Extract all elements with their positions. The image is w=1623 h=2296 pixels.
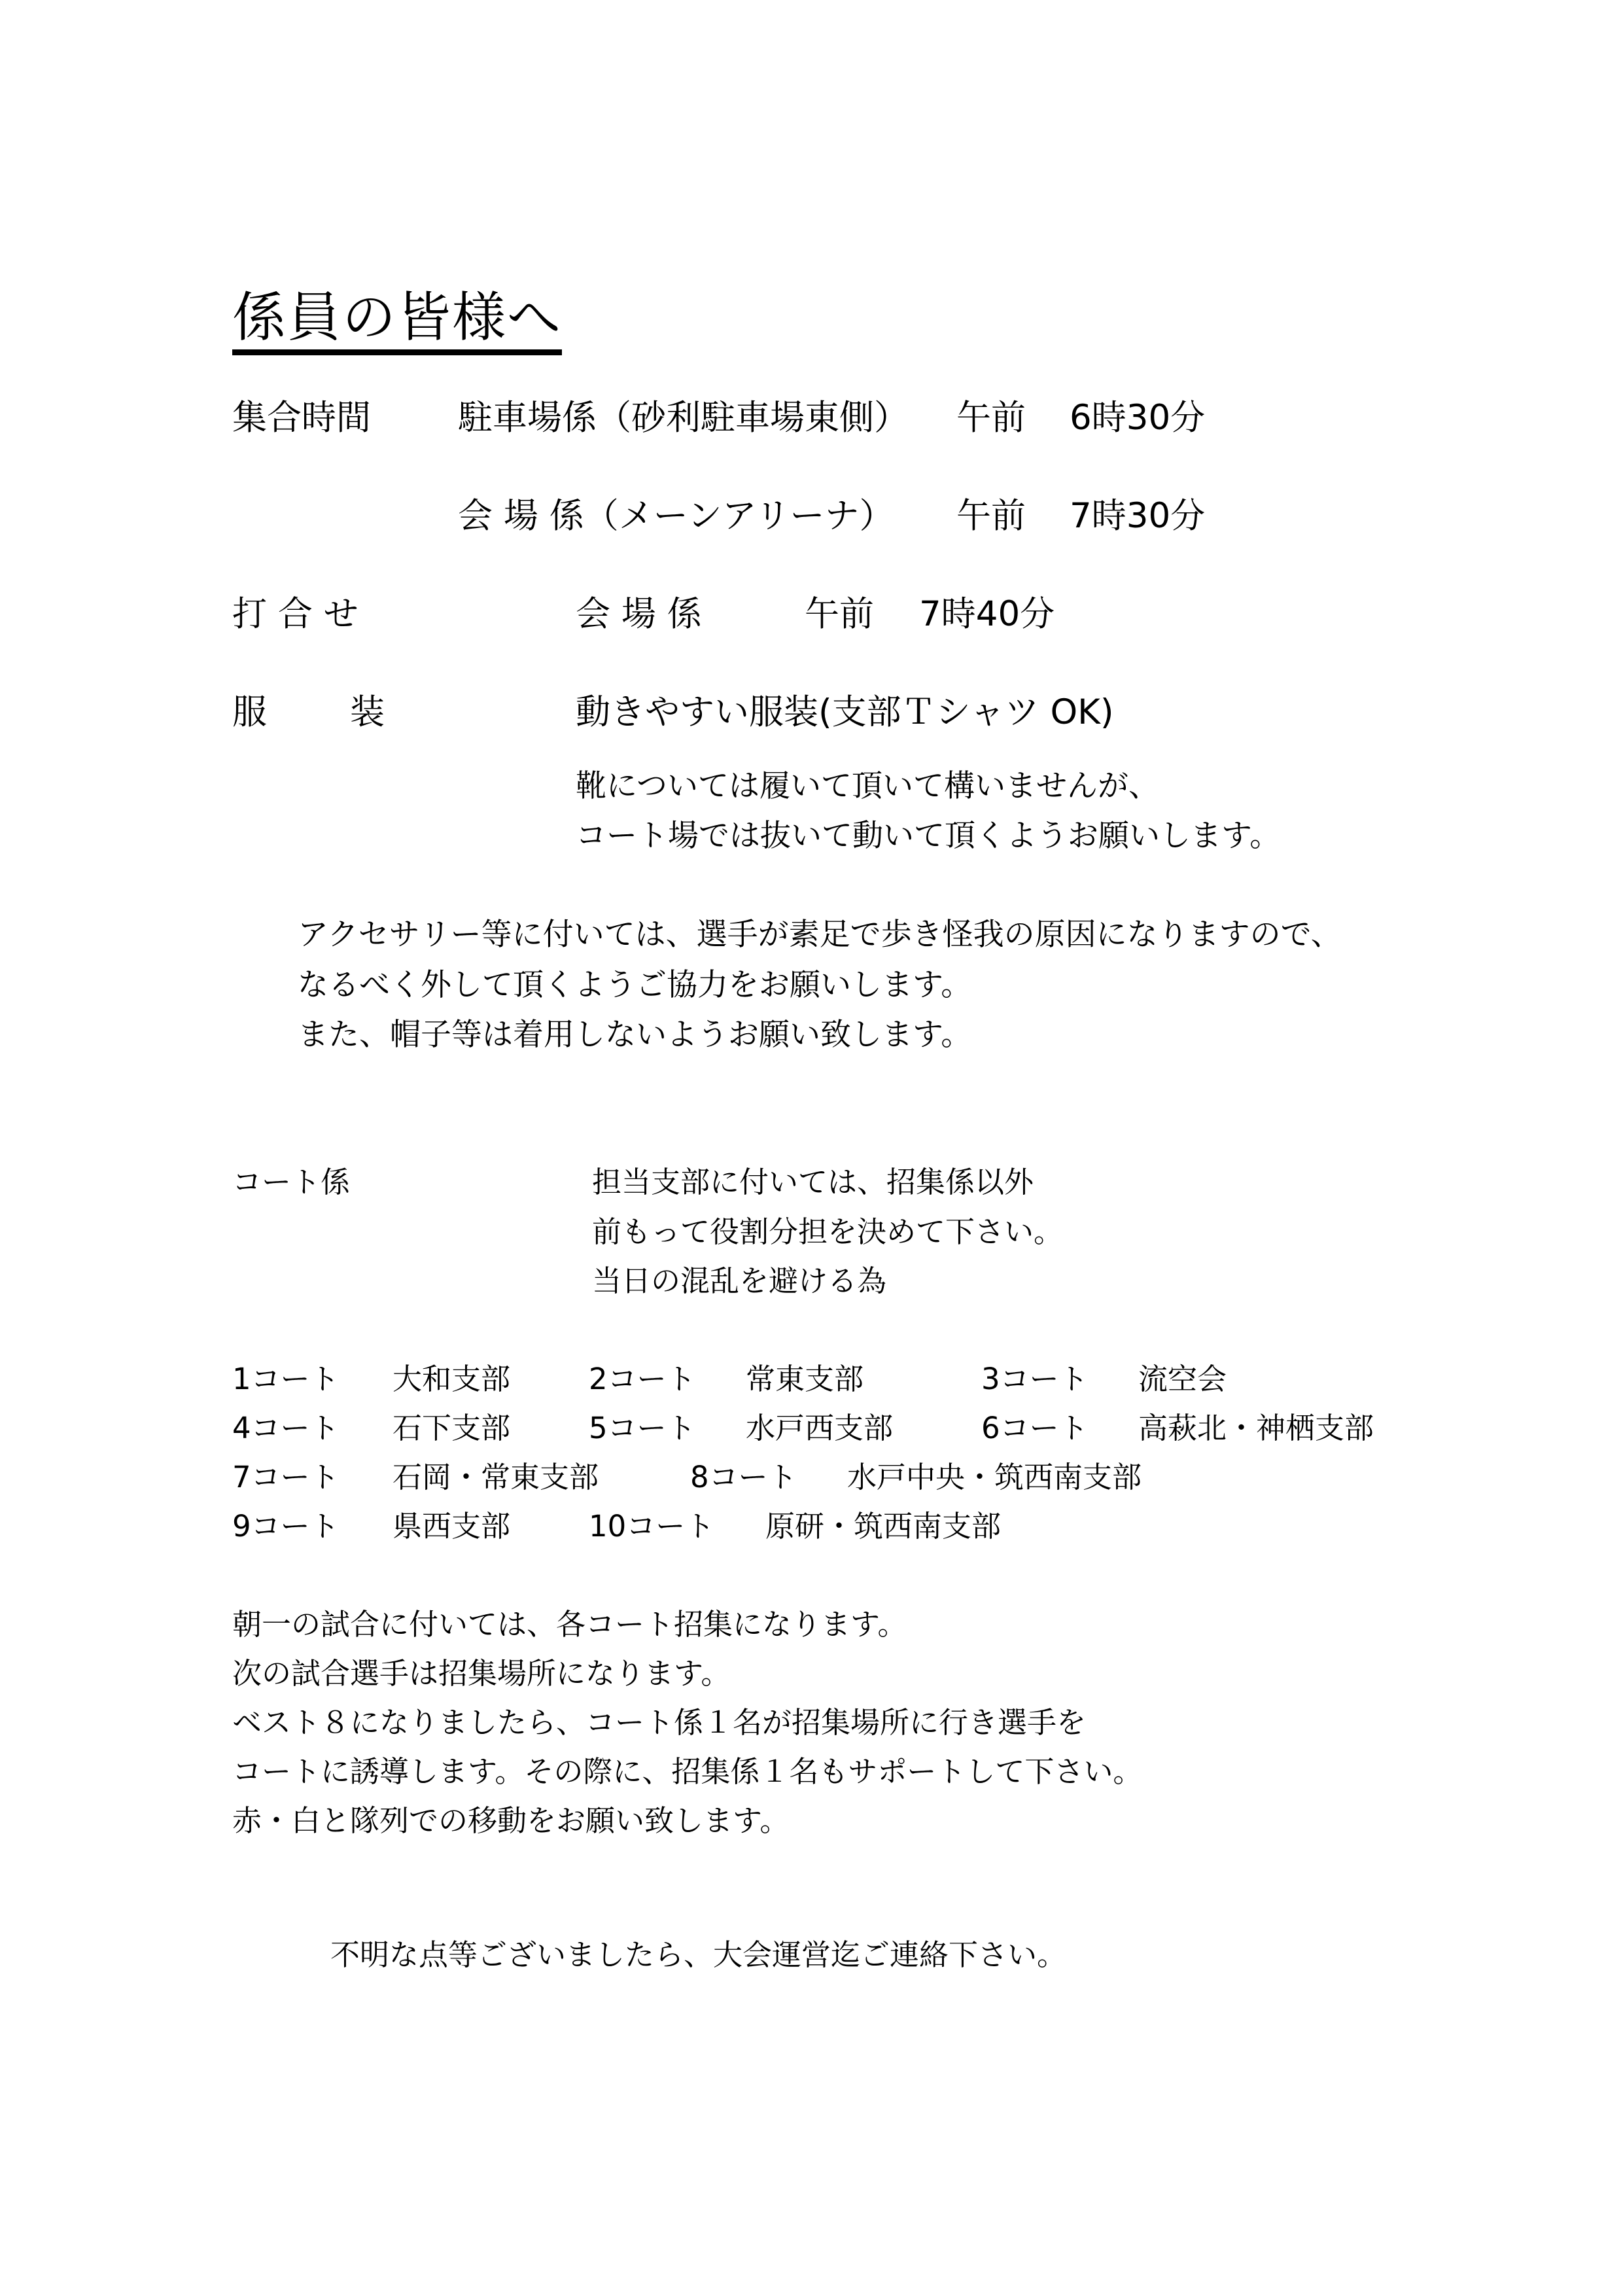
court-branch: 水戸西支部: [746, 1413, 893, 1443]
procedure-note: 赤・白と隊列での移動をお願い致します。: [232, 1806, 789, 1835]
contact-note: 不明な点等ございましたら、大会運営迄ご連絡下さい。: [330, 1940, 1066, 1969]
court-number: 6コート: [981, 1413, 1089, 1443]
court-branch: 大和支部: [393, 1364, 510, 1394]
court-branch: 水戸中央・筑西南支部: [847, 1462, 1142, 1492]
court-staff-note: 担当支部に付いては、招集係以外: [592, 1167, 1034, 1197]
court-branch: 石下支部: [393, 1413, 510, 1443]
assembly-parking-time: 6時30分: [1070, 400, 1205, 435]
court-number: 1コート: [232, 1364, 340, 1394]
attire-label-2: 装: [350, 695, 385, 730]
title-underline: [232, 349, 562, 355]
procedure-note: 朝一の試合に付いては、各コート招集になります。: [232, 1610, 907, 1639]
court-branch: 流空会: [1138, 1364, 1227, 1394]
assembly-parking-role: 駐車場係（砂利駐車場東側）: [458, 400, 909, 435]
meeting-role: 会 場 係: [576, 597, 702, 631]
court-branch: 石岡・常東支部: [393, 1462, 599, 1492]
accessory-note: アクセサリー等に付いては、選手が素足で歩き怪我の原因になりますので、: [298, 919, 1342, 950]
assembly-label: 集合時間: [232, 400, 371, 435]
meeting-label: 打 合 せ: [232, 597, 358, 631]
court-number: 10コート: [589, 1511, 714, 1541]
assembly-venue-time: 7時30分: [1070, 499, 1205, 533]
procedure-note: コートに誘導します。その際に、招集係１名もサポートして下さい。: [232, 1757, 1142, 1786]
court-staff-note: 当日の混乱を避ける為: [592, 1266, 886, 1296]
attire-note: 靴については履いて頂いて構いませんが、: [576, 771, 1159, 802]
meeting-ampm: 午前: [805, 597, 874, 631]
court-branch: 常東支部: [746, 1364, 864, 1394]
court-number: 3コート: [981, 1364, 1089, 1394]
accessory-note: なるべく外して頂くようご協力をお願いします。: [298, 970, 971, 1000]
court-number: 4コート: [232, 1413, 340, 1443]
court-number: 5コート: [589, 1413, 696, 1443]
attire-note: コート場では抜いて動いて頂くようお願いします。: [576, 821, 1280, 851]
attire-main: 動きやすい服装(支部Ｔシャツ OK): [576, 695, 1114, 730]
accessory-note: また、帽子等は着用しないようお願い致します。: [298, 1019, 971, 1050]
court-branch: 原研・筑西南支部: [765, 1511, 1001, 1541]
attire-label-1: 服: [232, 695, 267, 730]
court-branch: 高萩北・神栖支部: [1138, 1413, 1374, 1443]
court-number: 9コート: [232, 1511, 340, 1541]
procedure-note: ベスト８になりましたら、コート係１名が招集場所に行き選手を: [232, 1708, 1086, 1737]
court-number: 7コート: [232, 1462, 340, 1492]
meeting-time: 7時40分: [919, 597, 1055, 631]
assembly-venue-ampm: 午前: [956, 499, 1026, 533]
court-number: 8コート: [690, 1462, 797, 1492]
court-staff-label: コート係: [232, 1167, 350, 1197]
court-branch: 県西支部: [393, 1511, 510, 1541]
assembly-venue-role: 会 場 係（メーンアリーナ）: [458, 499, 894, 533]
page-title: 係員の皆様へ: [232, 291, 562, 345]
procedure-note: 次の試合選手は招集場所になります。: [232, 1659, 730, 1688]
court-staff-note: 前もって役割分担を決めて下さい。: [592, 1217, 1063, 1246]
court-number: 2コート: [589, 1364, 696, 1394]
assembly-parking-ampm: 午前: [956, 400, 1026, 435]
